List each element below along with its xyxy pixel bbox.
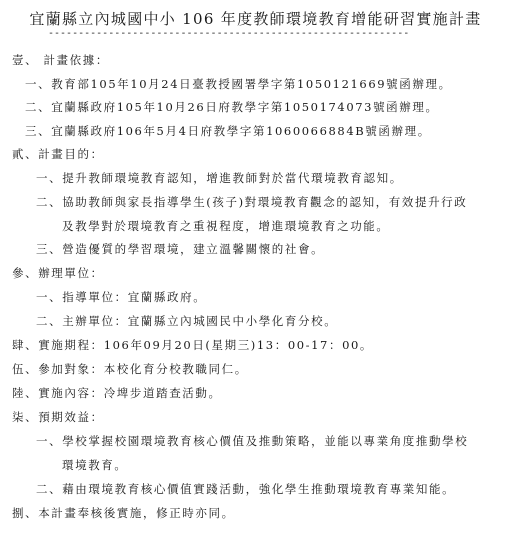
purpose-item-2: 二、協助教師與家長指導學生(孩子)對環境教育觀念的認知，有效提升行政 [36,194,467,210]
basis-item-1: 一、教育部105年10月24日臺教授國署學字第1050121669號函辦理。 [25,76,452,92]
basis-item-2: 二、宜蘭縣政府105年10月26日府教學字第1050174073號函辦理。 [25,99,439,115]
section-schedule: 肆、實施期程：106年09月20日(星期三)13：00-17：00。 [12,337,373,353]
organizer-host-unit: 二、主辦單位：宜蘭縣立內城國民中小學化育分校。 [36,313,337,329]
purpose-item-2-continued: 及教學對於環境教育之重視程度，增進環境教育之功能。 [62,218,390,234]
benefit-item-1-continued: 環境教育。 [62,457,128,473]
section-heading-basis: 壹、 計畫依據： [12,52,109,68]
purpose-item-3: 三、營造優質的學習環境，建立溫馨關懷的社會。 [36,241,324,257]
section-heading-benefits: 柒、預期效益： [12,409,104,425]
section-participants: 伍、參加對象：本校化育分校教職同仁。 [12,361,248,377]
section-approval-note: 捌、本計畫奉核後實施，修正時亦同。 [12,505,235,521]
benefit-item-1: 一、學校掌握校園環境教育核心價值及推動策略，並能以專業角度推動學校 [36,433,468,449]
basis-item-3: 三、宜蘭縣政府106年5月4日府教學字第1060066884B號函辦理。 [25,123,431,139]
purpose-item-1: 一、提升教師環境教育認知，增進教師對於當代環境教育認知。 [36,170,403,186]
section-content: 陸、實施內容：冷埤步道踏查活動。 [12,385,222,401]
title-divider: ----------------------------------------… [48,27,456,41]
section-heading-purpose: 貳、計畫目的： [12,146,104,162]
section-heading-organizers: 參、辦理單位： [12,265,104,281]
benefit-item-2: 二、藉由環境教育核心價值實踐活動，強化學生推動環境教育專業知能。 [36,481,455,497]
organizer-supervising-unit: 一、指導單位：宜蘭縣政府。 [36,289,206,305]
document-page: 宜蘭縣立內城國中小 106 年度教師環境教育增能研習實施計畫 ---------… [0,0,511,535]
